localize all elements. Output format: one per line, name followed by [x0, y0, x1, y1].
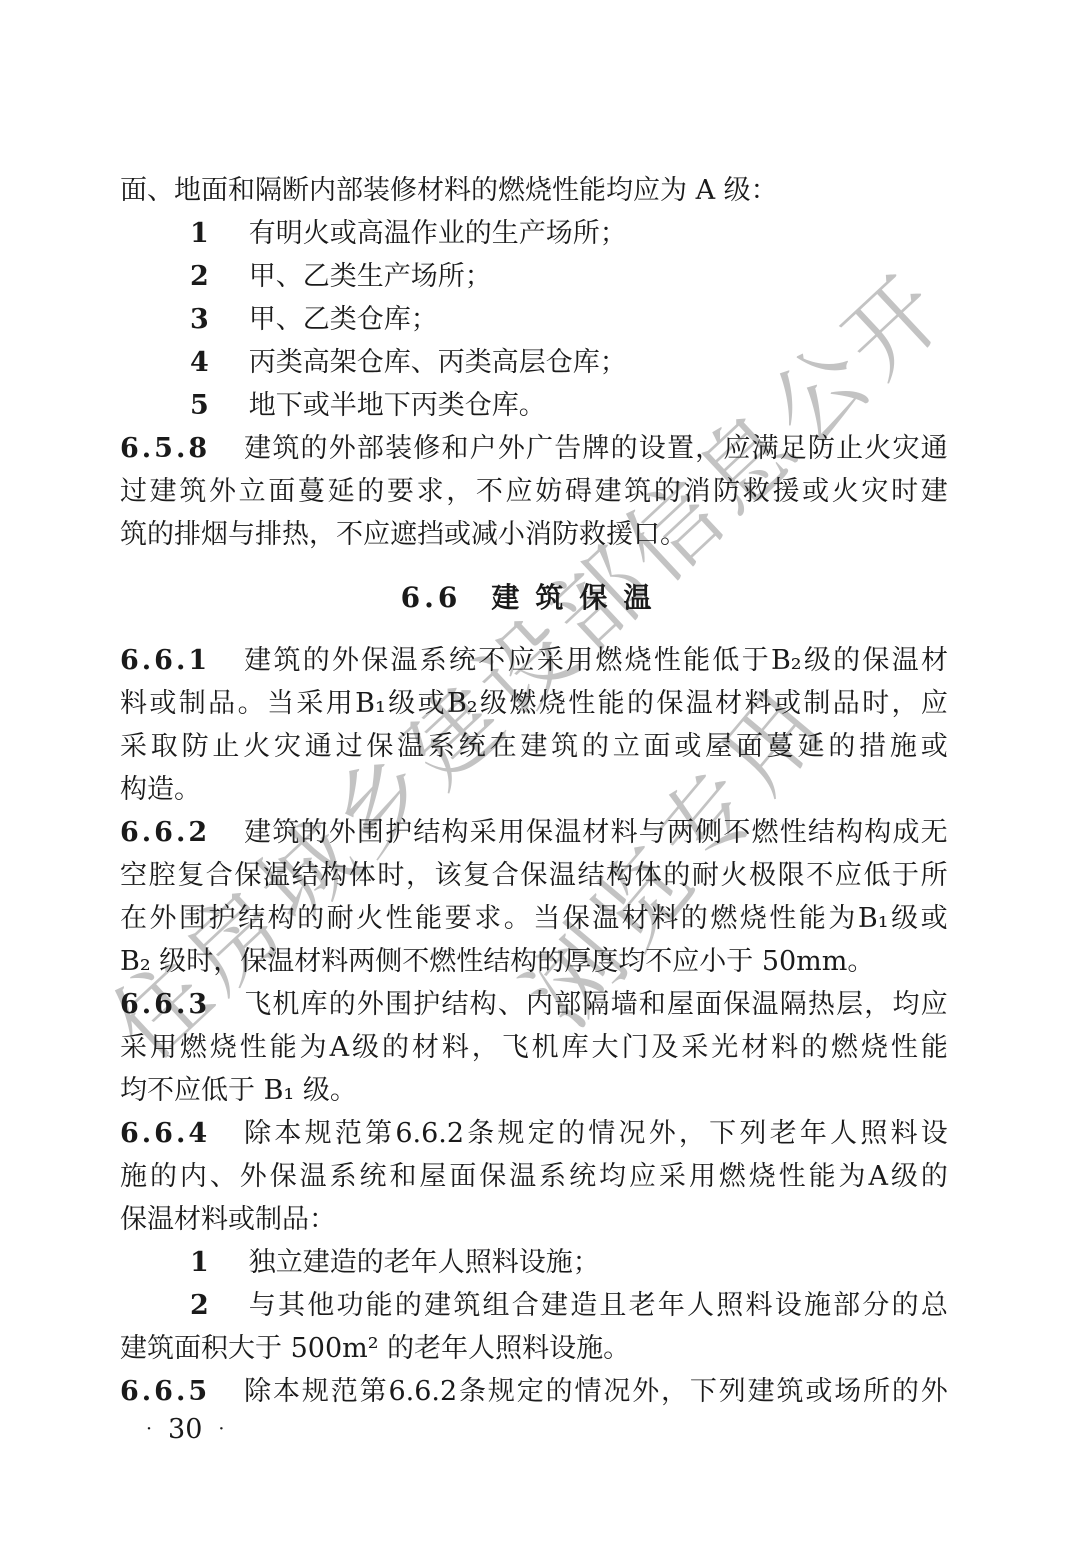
- footer-dot-right: ·: [218, 1418, 224, 1440]
- paragraph-line: 施的内、外保温系统和屋面保温系统均应采用燃烧性能为A级的: [120, 1155, 948, 1198]
- line-text: B₂ 级时，保温材料两侧不燃性结构的厚度均不应小于 50mm。: [120, 946, 874, 977]
- line-text: 丙类高架仓库、丙类高层仓库；: [249, 347, 627, 378]
- paragraph-line: 过建筑外立面蔓延的要求，不应妨碍建筑的消防救援或火灾时建: [120, 470, 948, 513]
- paragraph-line: 保温材料或制品：: [120, 1198, 948, 1241]
- line-text: 空腔复合保温结构体时，该复合保温结构体的耐火极限不应低于所: [120, 854, 948, 897]
- footer-page-number: 30: [168, 1414, 202, 1445]
- clause-number: 6.6.1: [120, 639, 210, 682]
- line-text: 与其他功能的建筑组合建造且老年人照料设施部分的总: [249, 1284, 948, 1327]
- line-text: 独立建造的老年人照料设施；: [249, 1247, 600, 1278]
- list-item-line: 1有明火或高温作业的生产场所；: [120, 212, 948, 255]
- clause-number: 6.5.8: [120, 427, 210, 470]
- list-item-line: 2与其他功能的建筑组合建造且老年人照料设施部分的总: [120, 1284, 948, 1327]
- paragraph-line: 6.6.3飞机库的外围护结构、内部隔墙和屋面保温隔热层，均应: [120, 983, 948, 1026]
- line-text: 面、地面和隔断内部装修材料的燃烧性能均应为 A 级：: [120, 175, 778, 206]
- paragraph-line: 筑的排烟与排热，不应遮挡或减小消防救援口。: [120, 513, 948, 556]
- line-text: 除本规范第6.6.2条规定的情况外，下列老年人照料设: [244, 1112, 948, 1155]
- paragraph-line: 采取防止火灾通过保温系统在建筑的立面或屋面蔓延的措施或: [120, 725, 948, 768]
- list-item-line: 3甲、乙类仓库；: [120, 298, 948, 341]
- list-item-number: 3: [190, 304, 209, 335]
- paragraph-line: 6.6.4除本规范第6.6.2条规定的情况外，下列老年人照料设: [120, 1112, 948, 1155]
- line-text: 甲、乙类生产场所；: [249, 261, 492, 292]
- line-text: 建筑的外保温系统不应采用燃烧性能低于B₂级的保温材: [244, 639, 948, 682]
- line-text: 地下或半地下丙类仓库。: [249, 390, 546, 421]
- line-text: 筑的排烟与排热，不应遮挡或减小消防救援口。: [120, 519, 687, 550]
- paragraph-line: 6.6.1建筑的外保温系统不应采用燃烧性能低于B₂级的保温材: [120, 639, 948, 682]
- list-item-number: 2: [190, 1284, 209, 1327]
- paragraph-line: 构造。: [120, 768, 948, 811]
- section-heading: 6.6建筑保温: [120, 576, 948, 619]
- paragraph-line: 6.5.8建筑的外部装修和户外广告牌的设置，应满足防止火灾通: [120, 427, 948, 470]
- document-page: 住房城乡建设部信息公开 浏览专用 面、地面和隔断内部装修材料的燃烧性能均应为 A…: [0, 0, 1080, 1565]
- line-text: 保温材料或制品：: [120, 1204, 336, 1235]
- clause-number: 6.6.5: [120, 1370, 210, 1413]
- line-text: 采用燃烧性能为A级的材料，飞机库大门及采光材料的燃烧性能: [120, 1026, 948, 1069]
- list-item-number: 4: [190, 347, 209, 378]
- list-item-line: 1独立建造的老年人照料设施；: [120, 1241, 948, 1284]
- clause-number: 6.6.3: [120, 983, 210, 1026]
- page-footer: ·30·: [146, 1414, 224, 1445]
- list-item-line: 建筑面积大于 500m² 的老年人照料设施。: [120, 1327, 948, 1370]
- document-content: 面、地面和隔断内部装修材料的燃烧性能均应为 A 级：1有明火或高温作业的生产场所…: [120, 169, 948, 1413]
- line-text: 建筑面积大于 500m² 的老年人照料设施。: [120, 1333, 630, 1364]
- list-item-line: 4丙类高架仓库、丙类高层仓库；: [120, 341, 948, 384]
- line-text: 施的内、外保温系统和屋面保温系统均应采用燃烧性能为A级的: [120, 1155, 948, 1198]
- paragraph-line: 采用燃烧性能为A级的材料，飞机库大门及采光材料的燃烧性能: [120, 1026, 948, 1069]
- clause-number: 6.6.2: [120, 811, 210, 854]
- line-text: 在外围护结构的耐火性能要求。当保温材料的燃烧性能为B₁级或: [120, 897, 948, 940]
- line-text: 飞机库的外围护结构、内部隔墙和屋面保温隔热层，均应: [244, 983, 948, 1026]
- paragraph-line: 6.6.5除本规范第6.6.2条规定的情况外，下列建筑或场所的外: [120, 1370, 948, 1413]
- paragraph-line: 在外围护结构的耐火性能要求。当保温材料的燃烧性能为B₁级或: [120, 897, 948, 940]
- section-heading-number: 6.6: [401, 581, 462, 614]
- line-text: 过建筑外立面蔓延的要求，不应妨碍建筑的消防救援或火灾时建: [120, 470, 948, 513]
- paragraph-line: B₂ 级时，保温材料两侧不燃性结构的厚度均不应小于 50mm。: [120, 940, 948, 983]
- paragraph-line: 均不应低于 B₁ 级。: [120, 1069, 948, 1112]
- paragraph-line: 面、地面和隔断内部装修材料的燃烧性能均应为 A 级：: [120, 169, 948, 212]
- line-text: 采取防止火灾通过保温系统在建筑的立面或屋面蔓延的措施或: [120, 725, 948, 768]
- line-text: 建筑的外部装修和户外广告牌的设置，应满足防止火灾通: [244, 427, 948, 470]
- line-text: 甲、乙类仓库；: [249, 304, 438, 335]
- paragraph-line: 空腔复合保温结构体时，该复合保温结构体的耐火极限不应低于所: [120, 854, 948, 897]
- section-heading-title: 建筑保温: [491, 581, 667, 614]
- paragraph-line: 料或制品。当采用B₁级或B₂级燃烧性能的保温材料或制品时，应: [120, 682, 948, 725]
- line-text: 有明火或高温作业的生产场所；: [249, 218, 627, 249]
- line-text: 料或制品。当采用B₁级或B₂级燃烧性能的保温材料或制品时，应: [120, 682, 948, 725]
- footer-dot-left: ·: [146, 1418, 152, 1440]
- line-text: 除本规范第6.6.2条规定的情况外，下列建筑或场所的外: [244, 1370, 948, 1413]
- line-text: 建筑的外围护结构采用保温材料与两侧不燃性结构构成无: [244, 811, 948, 854]
- list-item-line: 2甲、乙类生产场所；: [120, 255, 948, 298]
- paragraph-line: 6.6.2建筑的外围护结构采用保温材料与两侧不燃性结构构成无: [120, 811, 948, 854]
- list-item-number: 5: [190, 390, 209, 421]
- list-item-number: 2: [190, 261, 209, 292]
- line-text: 均不应低于 B₁ 级。: [120, 1075, 357, 1106]
- list-item-number: 1: [190, 1247, 209, 1278]
- clause-number: 6.6.4: [120, 1112, 210, 1155]
- line-text: 构造。: [120, 774, 201, 805]
- list-item-line: 5地下或半地下丙类仓库。: [120, 384, 948, 427]
- list-item-number: 1: [190, 218, 209, 249]
